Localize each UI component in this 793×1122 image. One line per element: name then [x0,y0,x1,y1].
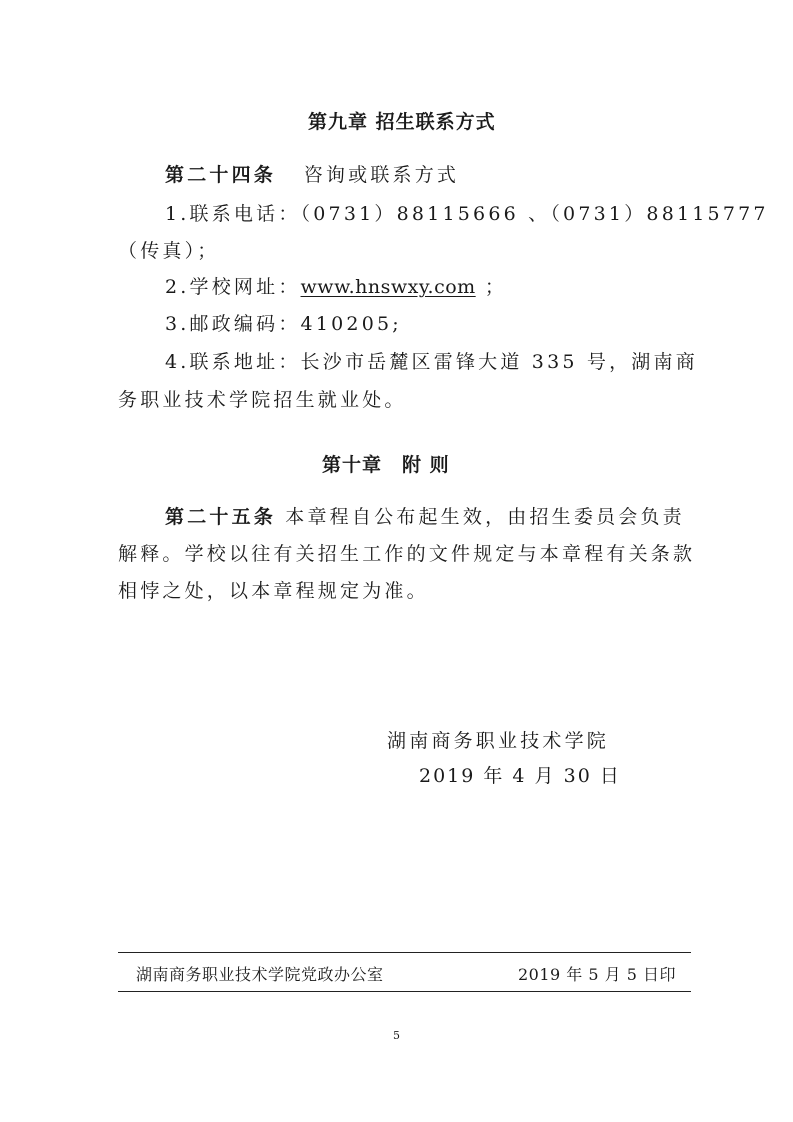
contact-phone-cont: （传真）； [118,242,220,261]
article-25-line-1: 第二十五条 本章程自公布起生效，由招生委员会负责 [165,508,685,527]
article-24-title: 咨询或联系方式 [304,164,459,186]
page-number: 5 [393,1029,400,1042]
footer-print-date: 2019 年 5 月 5 日印 [518,962,676,985]
article-25-line-2: 解释。学校以往有关招生工作的文件规定与本章程有关条款 [118,545,695,564]
article-25-line-3: 相悖之处，以本章程规定为准。 [118,582,429,601]
footer-office: 湖南商务职业技术学院党政办公室 [136,962,384,985]
chapter-10-title: 第十章 附 则 [322,450,450,477]
contact-website: 2.学校网址：www.hnswxy.com ； [165,278,507,297]
contact-address: 4.联系地址：长沙市岳麓区雷锋大道 335 号，湖南商 [165,353,698,372]
article-24-heading: 第二十四条 咨询或联系方式 [165,166,459,185]
contact-address-cont: 务职业技术学院招生就业处。 [118,391,407,410]
contact-postcode: 3.邮政编码：410205; [165,315,402,334]
website-link[interactable]: www.hnswxy.com [301,276,476,298]
contact-phone: 1.联系电话：（0731）88115666 、（0731）88115777 [165,205,769,224]
article-24-label: 第二十四条 [165,164,276,186]
footer-bottom-rule [118,991,691,992]
signature-org: 湖南商务职业技术学院 [387,732,609,751]
article-25-label: 第二十五条 [165,506,276,528]
signature-date: 2019 年 4 月 30 日 [419,767,621,786]
footer-top-rule [118,952,691,953]
chapter-9-title: 第九章 招生联系方式 [308,107,496,134]
phone-numbers: （0731）88115666 、（0731）88115777 [301,203,769,225]
